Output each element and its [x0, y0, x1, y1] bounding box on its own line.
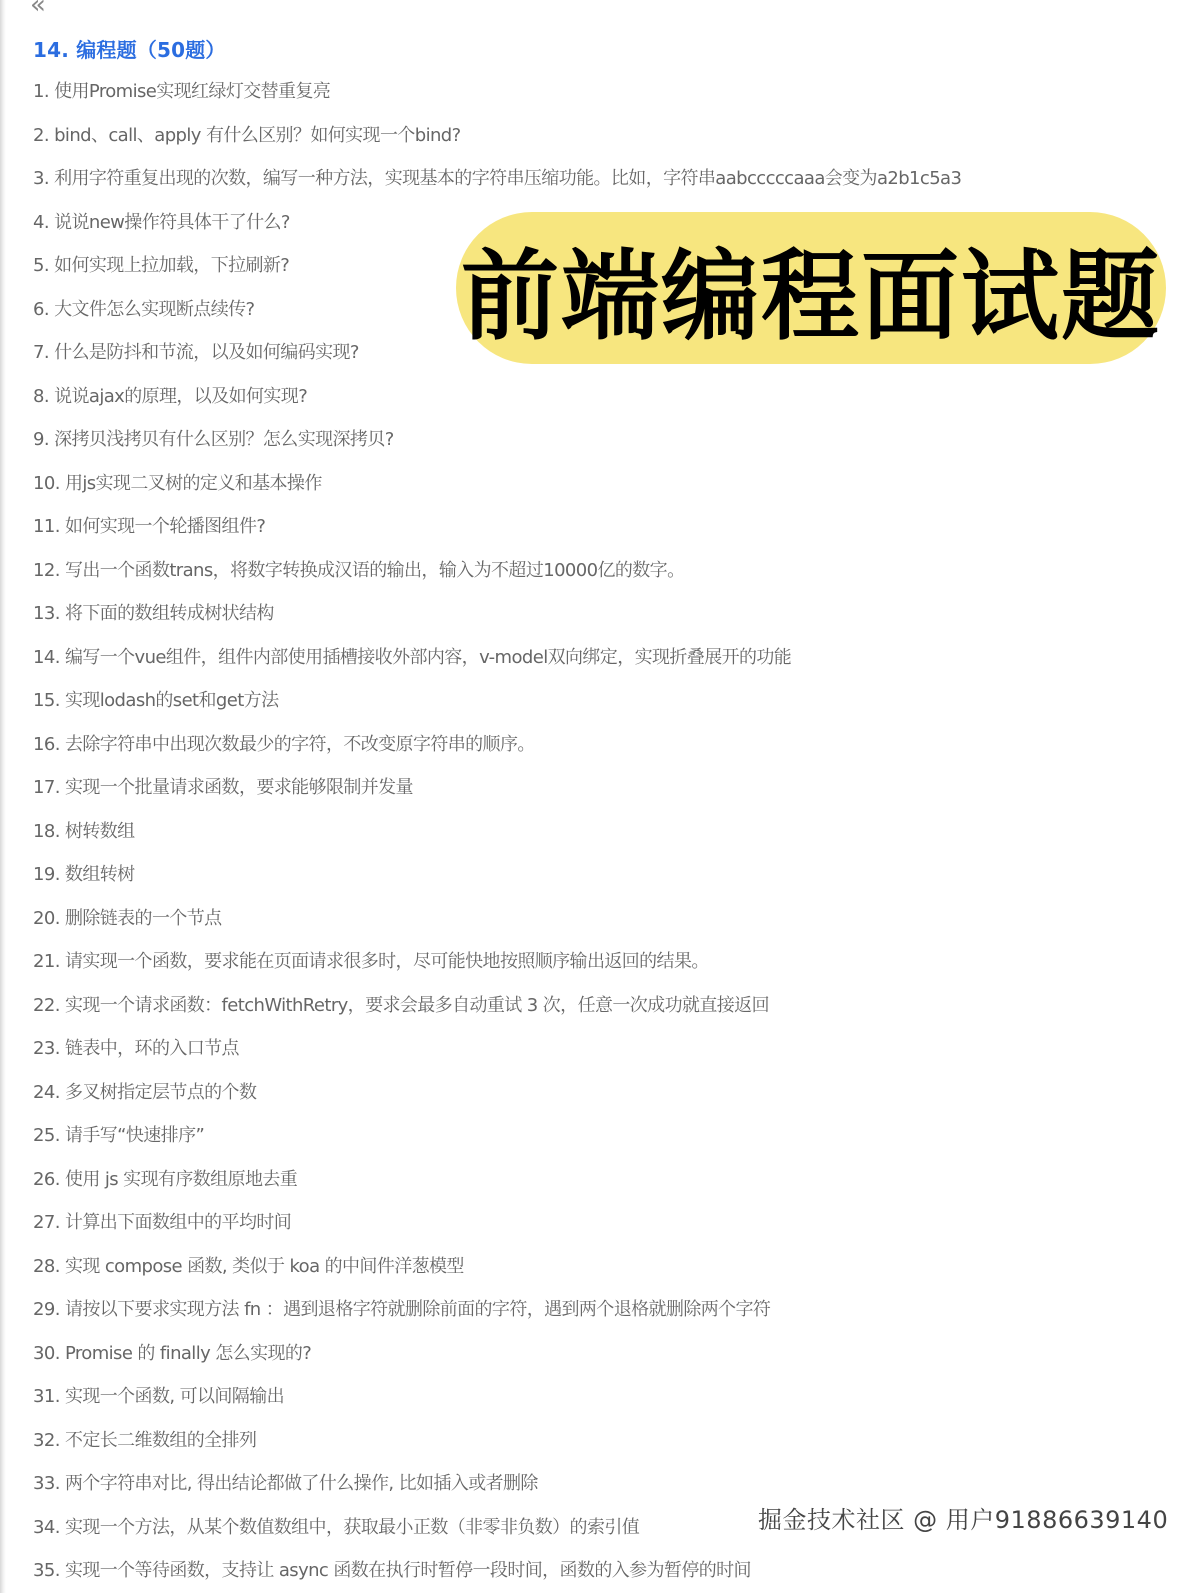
collapse-sidebar-icon[interactable]: «	[30, 0, 46, 18]
question-item: 9. 深拷贝浅拷贝有什么区别？怎么实现深拷贝?	[33, 425, 961, 469]
question-item: 27. 计算出下面数组中的平均时间	[33, 1208, 961, 1252]
question-item: 28. 实现 compose 函数, 类似于 koa 的中间件洋葱模型	[33, 1252, 961, 1296]
question-item: 13. 将下面的数组转成树状结构	[33, 599, 961, 643]
title-banner: 前端编程面试题	[456, 212, 1166, 364]
question-item: 11. 如何实现一个轮播图组件?	[33, 512, 961, 556]
question-item: 14. 编写一个vue组件，组件内部使用插槽接收外部内容，v-model双向绑定…	[33, 643, 961, 687]
question-item: 30. Promise 的 finally 怎么实现的?	[33, 1339, 961, 1383]
question-item: 22. 实现一个请求函数：fetchWithRetry，要求会最多自动重试 3 …	[33, 991, 961, 1035]
banner-title: 前端编程面试题	[461, 218, 1161, 359]
page-left-border	[0, 0, 6, 1593]
section-title: 14. 编程题（50题）	[33, 34, 226, 63]
question-item: 1. 使用Promise实现红绿灯交替重复亮	[33, 77, 961, 121]
question-item: 8. 说说ajax的原理，以及如何实现?	[33, 382, 961, 426]
question-item: 26. 使用 js 实现有序数组原地去重	[33, 1165, 961, 1209]
question-item: 20. 删除链表的一个节点	[33, 904, 961, 948]
question-item: 24. 多叉树指定层节点的个数	[33, 1078, 961, 1122]
question-item: 21. 请实现一个函数，要求能在页面请求很多时，尽可能快地按照顺序输出返回的结果…	[33, 947, 961, 991]
question-item: 15. 实现lodash的set和get方法	[33, 686, 961, 730]
question-item: 10. 用js实现二叉树的定义和基本操作	[33, 469, 961, 513]
watermark: 掘金技术社区 @ 用户91886639140	[754, 1500, 1172, 1535]
question-item: 17. 实现一个批量请求函数，要求能够限制并发量	[33, 773, 961, 817]
question-item: 19. 数组转树	[33, 860, 961, 904]
question-item: 3. 利用字符重复出现的次数，编写一种方法，实现基本的字符串压缩功能。比如，字符…	[33, 164, 961, 208]
question-item: 23. 链表中，环的入口节点	[33, 1034, 961, 1078]
question-item: 32. 不定长二维数组的全排列	[33, 1426, 961, 1470]
question-item: 16. 去除字符串中出现次数最少的字符，不改变原字符串的顺序。	[33, 730, 961, 774]
question-item: 35. 实现一个等待函数，支持让 async 函数在执行时暂停一段时间，函数的入…	[33, 1556, 961, 1593]
question-item: 2. bind、call、apply 有什么区别？如何实现一个bind?	[33, 121, 961, 165]
question-item: 12. 写出一个函数trans，将数字转换成汉语的输出，输入为不超过10000亿…	[33, 556, 961, 600]
question-item: 31. 实现一个函数, 可以间隔输出	[33, 1382, 961, 1426]
question-item: 25. 请手写“快速排序”	[33, 1121, 961, 1165]
question-item: 29. 请按以下要求实现方法 fn ：遇到退格字符就删除前面的字符，遇到两个退格…	[33, 1295, 961, 1339]
question-item: 18. 树转数组	[33, 817, 961, 861]
